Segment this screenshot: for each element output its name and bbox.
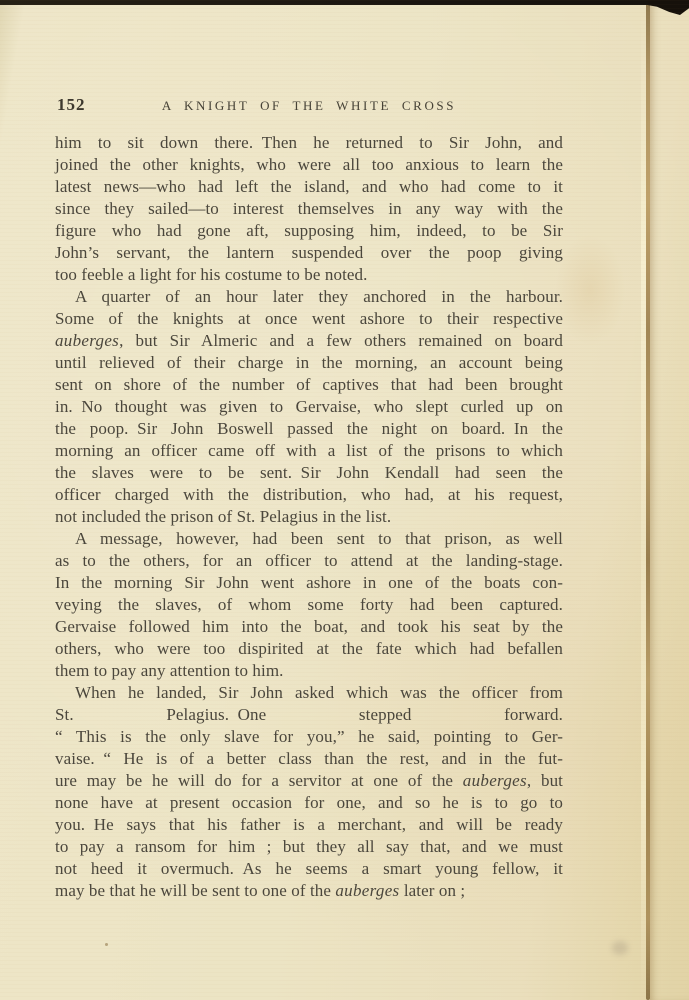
text-line: joined the other knights, who were all t… (55, 154, 563, 176)
text-line: veying the slaves, of whom some forty ha… (55, 594, 563, 616)
foxing-stain (555, 235, 625, 345)
running-head: 152 A KNIGHT OF THE WHITE CROSS (55, 95, 563, 117)
paragraph: When he landed, Sir John asked which was… (55, 682, 563, 902)
page-fold-line (646, 0, 650, 1000)
text-line: sent on shore of the number of captives … (55, 374, 563, 396)
text-line: ure may be he will do for a servitor at … (55, 770, 563, 792)
text-line: A message, however, had been sent to tha… (55, 528, 563, 550)
paragraph: him to sit down there. Then he returned … (55, 132, 563, 286)
text-line: too feeble a light for his costume to be… (55, 264, 563, 286)
text-line: not heed it overmuch. As he seems a smar… (55, 858, 563, 880)
text-line: him to sit down there. Then he returned … (55, 132, 563, 154)
text-line: morning an officer came off with a list … (55, 440, 563, 462)
text-line: them to pay any attention to him. (55, 660, 563, 682)
text-line: as to the others, for an officer to atte… (55, 550, 563, 572)
text-line: may be that he will be sent to one of th… (55, 880, 563, 902)
paragraph: A message, however, had been sent to tha… (55, 528, 563, 682)
text-line: the poop. Sir John Boswell passed the ni… (55, 418, 563, 440)
page-body: him to sit down there. Then he returned … (55, 132, 563, 902)
text-line: When he landed, Sir John asked which was… (55, 682, 563, 704)
text-line: Gervaise followed him into the boat, and… (55, 616, 563, 638)
text-line: others, who were too dispirited at the f… (55, 638, 563, 660)
text-line: officer charged with the distribution, w… (55, 484, 563, 506)
text-line: St. Pelagius. One stepped forward. (55, 704, 563, 726)
text-line: not included the prison of St. Pelagius … (55, 506, 563, 528)
text-line: In the morning Sir John went ashore in o… (55, 572, 563, 594)
book-page: 152 A KNIGHT OF THE WHITE CROSS him to s… (0, 0, 689, 1000)
text-line: auberges, but Sir Almeric and a few othe… (55, 330, 563, 352)
text-line: to pay a ransom for him ; but they all s… (55, 836, 563, 858)
scan-top-edge (0, 0, 689, 5)
text-line: figure who had gone aft, supposing him, … (55, 220, 563, 242)
text-line: until relieved of their charge in the mo… (55, 352, 563, 374)
text-line: John’s servant, the lantern suspended ov… (55, 242, 563, 264)
text-line: vaise. “ He is of a better class than th… (55, 748, 563, 770)
paper-speck (105, 943, 108, 946)
text-line: you. He says that his father is a mercha… (55, 814, 563, 836)
text-line: “ This is the only slave for you,” he sa… (55, 726, 563, 748)
running-title: A KNIGHT OF THE WHITE CROSS (55, 98, 563, 114)
text-line: A quarter of an hour later they anchored… (55, 286, 563, 308)
text-line: the slaves were to be sent. Sir John Ken… (55, 462, 563, 484)
next-page-edge (650, 0, 689, 1000)
text-line: none have at present occasion for one, a… (55, 792, 563, 814)
paper-smudge (612, 941, 628, 955)
text-line: Some of the knights at once went ashore … (55, 308, 563, 330)
text-line: in. No thought was given to Gervaise, wh… (55, 396, 563, 418)
paragraph: A quarter of an hour later they anchored… (55, 286, 563, 528)
text-line: latest news—who had left the island, and… (55, 176, 563, 198)
text-line: since they sailed—to interest themselves… (55, 198, 563, 220)
